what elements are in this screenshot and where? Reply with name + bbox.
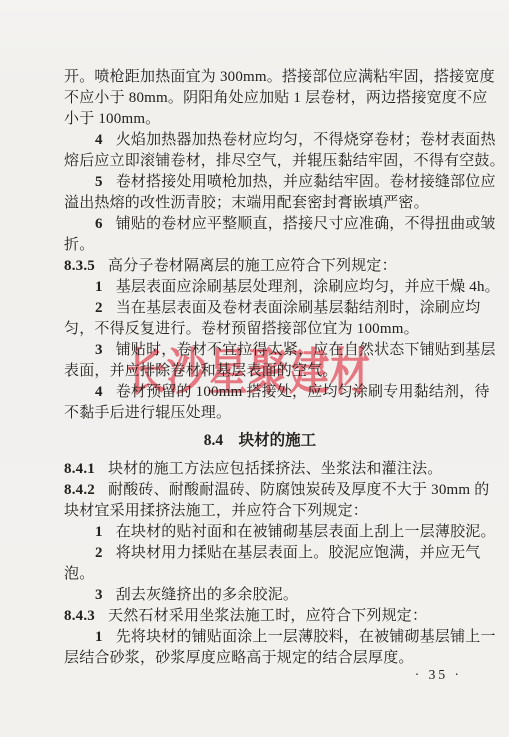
text-line: 2当在基层表面及卷材表面涂刷基层黏结剂时，涂刷应均 [64,298,456,319]
text-line: 溢出热熔的改性沥青胶；末端用配套密封膏嵌填严密。 [64,193,456,214]
text-line: 1在块材的贴衬面和在被铺砌基层表面上刮上一层薄胶泥。 [64,522,456,543]
text-line: 6铺贴的卷材应平整顺直，搭接尺寸应准确，不得扭曲或皱 [64,214,456,235]
text-line: 匀，不得反复进行。卷材预留搭接部位宜为 100mm。 [64,319,456,340]
clause-number: 1 [95,629,103,645]
text-line: 4卷材预留的 100mm 搭接处，应均匀涂刷专用黏结剂，待 [64,382,456,403]
text-line: 5卷材搭接处用喷枪加热，并应黏结牢固。卷材接缝部位应 [64,172,456,193]
clause-number: 8.3.5 [64,258,95,274]
section-heading: 8.4 块材的施工 [64,430,456,452]
clause-number: 8.4.3 [64,608,95,624]
text-line: 8.4.2耐酸砖、耐酸耐温砖、防腐蚀炭砖及厚度不大于 30mm 的 [64,480,456,501]
text-line: 层结合砂浆，砂浆厚度应略高于规定的结合层厚度。 [64,648,456,669]
text-line: 8.3.5高分子卷材隔离层的施工应符合下列规定： [64,256,456,277]
clause-number: 3 [95,342,103,358]
clause-number: 3 [95,587,103,603]
clause-number: 6 [95,216,103,232]
clause-number: 8.4.1 [64,461,95,477]
text-line: 折。 [64,235,456,256]
clause-number: 1 [95,524,103,540]
clause-number: 4 [95,384,103,400]
document-page: 长沙星聚建材 开。喷枪距加热面宜为 300mm。搭接部位应满粘牢固，搭接宽度不应… [0,0,509,737]
text-line: 熔后应立即滚铺卷材，排尽空气，并辊压黏结牢固，不得有空鼓。 [64,151,456,172]
text-line: 开。喷枪距加热面宜为 300mm。搭接部位应满粘牢固，搭接宽度 [64,67,456,88]
text-line: 泡。 [64,564,456,585]
text-line: 1基层表面应涂刷基层处理剂，涂刷应均匀，并应干燥 4h。 [64,277,456,298]
text-line: 小于 100mm。 [64,109,456,130]
clause-number: 2 [95,300,103,316]
clause-number: 1 [95,279,103,295]
text-line: 表面，并应排除卷材和基层表面的空气。 [64,361,456,382]
text-line: 3刮去灰缝挤出的多余胶泥。 [64,585,456,606]
page-number: · 35 · [415,667,462,683]
text-line: 2将块材用力揉贴在基层表面上。胶泥应饱满，并应无气 [64,543,456,564]
clause-number: 8.4.2 [64,482,95,498]
text-line: 块材宜采用揉挤法施工，并应符合下列规定： [64,501,456,522]
clause-number: 2 [95,545,103,561]
clause-number: 5 [95,174,103,190]
text-line: 4火焰加热器加热卷材应均匀，不得烧穿卷材；卷材表面热 [64,130,456,151]
clause-number: 4 [95,132,103,148]
text-line: 不应小于 80mm。阴阳角处应加贴 1 层卷材，两边搭接宽度不应 [64,88,456,109]
document-body: 开。喷枪距加热面宜为 300mm。搭接部位应满粘牢固，搭接宽度不应小于 80mm… [64,67,456,669]
text-line: 3铺贴时，卷材不宜拉得太紧，应在自然状态下铺贴到基层 [64,340,456,361]
text-line: 8.4.1块材的施工方法应包括揉挤法、坐浆法和灌注法。 [64,459,456,480]
text-line: 1先将块材的铺贴面涂上一层薄胶料，在被铺砌基层铺上一 [64,627,456,648]
text-line: 不黏手后进行辊压处理。 [64,403,456,424]
text-line: 8.4.3天然石材采用坐浆法施工时，应符合下列规定： [64,606,456,627]
